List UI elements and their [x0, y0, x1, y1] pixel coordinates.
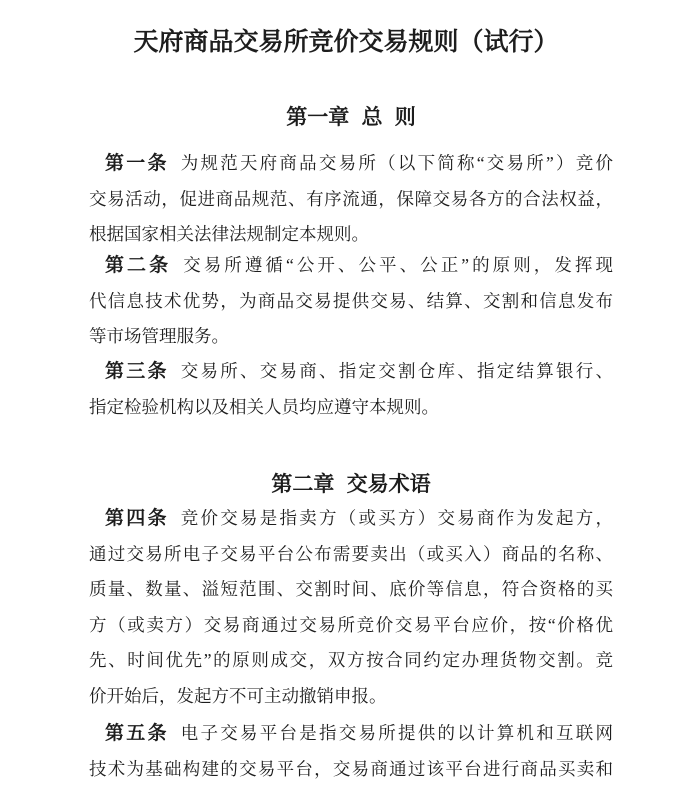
article-4-line-6: 价开始后，发起方不可主动撤销申报。	[89, 679, 613, 715]
document-title: 天府商品交易所竞价交易规则（试行）	[0, 28, 692, 58]
article-4-number: 第四条	[105, 508, 169, 529]
article-4-line-2: 通过交易所电子交易平台公布需要卖出（或买入）商品的名称、	[89, 537, 613, 573]
article-1-line-1: 第一条为规范天府商品交易所（以下简称“交易所”）竞价	[89, 146, 613, 182]
article-3: 第三条交易所、交易商、指定交割仓库、指定结算银行、 指定检验机构以及相关人员均应…	[89, 354, 613, 425]
chapter-1-heading: 第一章 总 则	[89, 103, 613, 131]
article-2-line-1-text: 交易所遵循“公开、公平、公正”的原则，发挥现	[183, 255, 613, 275]
article-5-line-2: 技术为基础构建的交易平台，交易商通过该平台进行商品买卖和	[89, 752, 613, 785]
article-2-line-2: 代信息技术优势，为商品交易提供交易、结算、交割和信息发布	[89, 284, 613, 320]
article-4-line-1-text: 竞价交易是指卖方（或买方）交易商作为发起方，	[181, 508, 613, 528]
chapter-2-heading: 第二章 交易术语	[89, 470, 613, 498]
article-1-number: 第一条	[105, 153, 169, 174]
article-5-line-1-text: 电子交易平台是指交易所提供的以计算机和互联网	[181, 723, 613, 743]
article-5-line-1: 第五条电子交易平台是指交易所提供的以计算机和互联网	[89, 716, 613, 752]
article-1-line-2: 交易活动，促进商品规范、有序流通，保障交易各方的合法权益，	[89, 182, 613, 218]
article-1-line-1-text: 为规范天府商品交易所（以下简称“交易所”）竞价	[181, 153, 613, 173]
article-2-line-1: 第二条交易所遵循“公开、公平、公正”的原则，发挥现	[89, 248, 613, 284]
article-3-number: 第三条	[105, 361, 169, 382]
document-page: 天府商品交易所竞价交易规则（试行） 第一章 总 则 第一条为规范天府商品交易所（…	[0, 0, 692, 785]
article-3-line-1: 第三条交易所、交易商、指定交割仓库、指定结算银行、	[89, 354, 613, 390]
article-5-number: 第五条	[105, 723, 169, 744]
article-1: 第一条为规范天府商品交易所（以下简称“交易所”）竞价 交易活动，促进商品规范、有…	[89, 146, 613, 253]
article-4-line-3: 质量、数量、溢短范围、交割时间、底价等信息，符合资格的买	[89, 572, 613, 608]
article-3-line-2: 指定检验机构以及相关人员均应遵守本规则。	[89, 390, 613, 426]
article-2-number: 第二条	[105, 255, 171, 276]
article-3-line-1-text: 交易所、交易商、指定交割仓库、指定结算银行、	[181, 361, 613, 381]
article-5: 第五条电子交易平台是指交易所提供的以计算机和互联网 技术为基础构建的交易平台，交…	[89, 716, 613, 785]
article-2-line-3: 等市场管理服务。	[89, 319, 613, 355]
article-4-line-4: 方（或卖方）交易商通过交易所竞价交易平台应价，按“价格优	[89, 608, 613, 644]
article-4-line-1: 第四条竞价交易是指卖方（或买方）交易商作为发起方，	[89, 501, 613, 537]
article-2: 第二条交易所遵循“公开、公平、公正”的原则，发挥现 代信息技术优势，为商品交易提…	[89, 248, 613, 355]
article-4-line-5: 先、时间优先”的原则成交，双方按合同约定办理货物交割。竞	[89, 643, 613, 679]
article-4: 第四条竞价交易是指卖方（或买方）交易商作为发起方， 通过交易所电子交易平台公布需…	[89, 501, 613, 714]
